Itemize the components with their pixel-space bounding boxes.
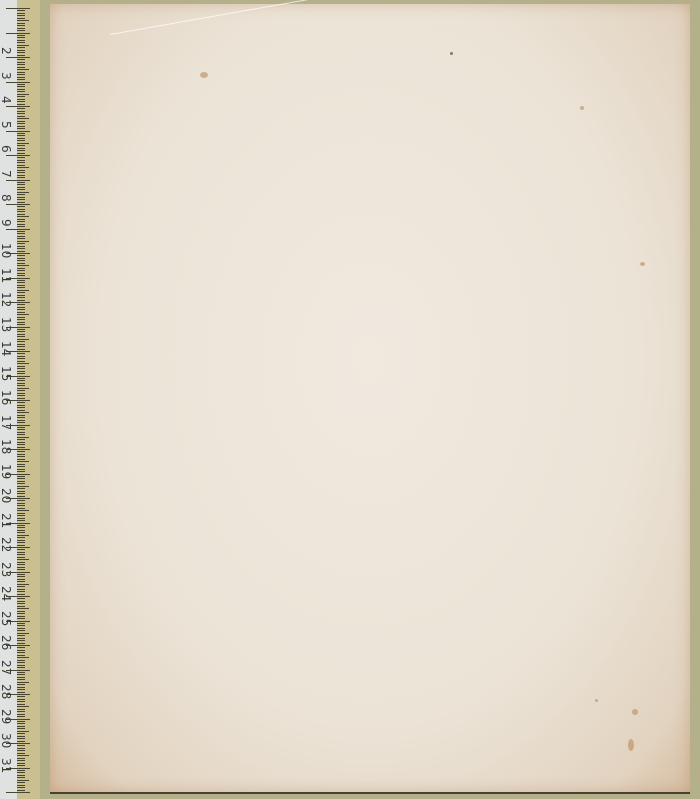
ruler-tick — [17, 613, 25, 614]
ruler-number: 16 — [0, 390, 13, 410]
ruler-tick — [17, 282, 25, 283]
ruler-tick — [17, 765, 25, 766]
ruler-number: 31 — [0, 758, 13, 778]
ruler-tick — [17, 662, 25, 663]
ruler-tick — [17, 334, 25, 335]
ruler-tick — [17, 574, 25, 575]
ruler-tick — [17, 270, 25, 271]
ruler-tick — [17, 69, 29, 70]
ruler-tick — [17, 491, 25, 492]
ruler-tick — [17, 422, 25, 423]
ruler-tick — [17, 258, 25, 259]
ruler-tick — [17, 133, 25, 134]
ruler-tick — [17, 395, 25, 396]
ruler-number: 18 — [0, 439, 13, 459]
ruler-tick — [17, 42, 25, 43]
ruler-tick — [17, 307, 25, 308]
ruler-tick — [17, 432, 25, 433]
ruler-number: 7 — [0, 170, 13, 190]
ruler-tick — [17, 689, 25, 690]
ruler-tick — [17, 128, 25, 129]
ruler-number: 10 — [0, 243, 13, 263]
ruler-number: 8 — [0, 194, 13, 214]
ruler-tick — [17, 554, 25, 555]
foxing-spot — [580, 106, 584, 110]
ruler-tick — [17, 113, 25, 114]
ruler-tick — [17, 390, 25, 391]
ruler-tick — [17, 37, 25, 38]
ruler-tick — [17, 581, 25, 582]
ruler-tick — [17, 628, 25, 629]
ruler-tick — [17, 380, 25, 381]
ruler-tick — [17, 427, 25, 428]
ruler-number: 25 — [0, 611, 13, 631]
ruler-tick — [17, 723, 25, 724]
ruler-tick — [17, 20, 29, 21]
ruler-tick — [17, 777, 25, 778]
ruler-tick — [17, 206, 25, 207]
ruler-tick — [17, 197, 25, 198]
ruler-tick — [17, 496, 25, 497]
ruler-tick — [17, 236, 25, 237]
ruler-tick — [17, 459, 25, 460]
ruler-tick — [17, 388, 29, 389]
ruler-tick — [17, 167, 29, 168]
ruler-tick — [17, 417, 25, 418]
ruler-tick — [17, 287, 25, 288]
ruler-tick — [17, 454, 25, 455]
ruler-tick — [17, 52, 25, 53]
ruler-tick — [17, 606, 25, 607]
ruler-tick — [17, 172, 25, 173]
ruler-tick — [17, 383, 25, 384]
ruler-tick — [17, 373, 25, 374]
ruler-tick — [17, 476, 25, 477]
ruler-tick — [17, 162, 25, 163]
ruler-tick — [17, 91, 25, 92]
ruler-tick — [17, 346, 25, 347]
ruler-tick — [17, 601, 25, 602]
ruler-tick — [17, 780, 29, 781]
ruler-tick — [17, 586, 25, 587]
ruler-tick — [17, 317, 25, 318]
ruler-tick — [17, 745, 25, 746]
ruler-tick — [17, 510, 29, 511]
ruler-number: 2 — [0, 47, 13, 67]
ruler-tick — [17, 189, 25, 190]
ruler-tick — [17, 268, 25, 269]
ruler-tick — [17, 341, 25, 342]
ruler-tick — [17, 741, 25, 742]
ruler-tick — [17, 358, 25, 359]
ruler-number: 27 — [0, 660, 13, 680]
ruler-tick — [17, 344, 25, 345]
ruler-tick — [17, 447, 25, 448]
ruler-number: 14 — [0, 341, 13, 361]
ruler-tick — [17, 64, 25, 65]
ruler-tick — [17, 165, 25, 166]
ruler-tick — [17, 481, 25, 482]
foxing-spot — [450, 52, 453, 55]
ruler-tick — [17, 111, 25, 112]
ruler-number: 3 — [0, 72, 13, 92]
ruler-tick — [17, 221, 25, 222]
ruler-tick — [17, 94, 29, 95]
ruler-tick — [6, 8, 30, 9]
ruler-tick — [17, 623, 25, 624]
ruler-tick — [17, 750, 25, 751]
ruler-tick — [17, 706, 29, 707]
ruler-tick — [17, 760, 25, 761]
ruler-tick — [17, 711, 25, 712]
ruler-tick — [17, 62, 25, 63]
ruler-tick — [17, 74, 25, 75]
ruler-tick — [17, 684, 25, 685]
ruler-tick — [17, 231, 25, 232]
ruler-tick — [17, 275, 25, 276]
ruler-tick — [17, 567, 25, 568]
ruler-number: 22 — [0, 537, 13, 557]
ruler-tick — [17, 469, 25, 470]
ruler-tick — [17, 324, 25, 325]
ruler-tick — [17, 77, 25, 78]
ruler-tick — [17, 731, 29, 732]
ruler-tick — [17, 170, 25, 171]
ruler-tick — [17, 721, 25, 722]
ruler-tick — [17, 638, 25, 639]
ruler-tick — [17, 410, 25, 411]
ruler-tick — [17, 753, 25, 754]
paper-page — [50, 4, 690, 794]
ruler-tick — [17, 466, 25, 467]
ruler-tick — [17, 226, 25, 227]
ruler-number: 12 — [0, 292, 13, 312]
ruler-tick — [17, 520, 25, 521]
ruler-tick — [17, 292, 25, 293]
ruler-tick — [17, 537, 25, 538]
ruler-tick — [17, 478, 25, 479]
ruler-tick — [17, 461, 29, 462]
ruler-number: 21 — [0, 513, 13, 533]
ruler-tick — [17, 699, 25, 700]
ruler-tick — [17, 28, 25, 29]
ruler-tick — [17, 243, 25, 244]
ruler-tick — [17, 569, 25, 570]
ruler-tick — [17, 665, 25, 666]
ruler-tick — [17, 434, 25, 435]
ruler-tick — [17, 248, 25, 249]
ruler-tick — [17, 280, 25, 281]
ruler-tick — [17, 518, 25, 519]
ruler-tick — [17, 160, 25, 161]
ruler-tick — [17, 123, 25, 124]
ruler-number: 29 — [0, 709, 13, 729]
ruler-tick — [17, 184, 25, 185]
ruler-tick — [17, 672, 25, 673]
ruler-tick — [17, 692, 25, 693]
ruler-tick — [17, 402, 25, 403]
ruler-tick — [17, 138, 25, 139]
ruler-tick — [17, 55, 25, 56]
ruler-tick — [17, 192, 29, 193]
ruler-tick — [17, 758, 25, 759]
ruler-tick — [17, 513, 25, 514]
ruler-tick — [17, 263, 25, 264]
ruler-number: 26 — [0, 635, 13, 655]
ruler-tick — [17, 312, 25, 313]
ruler-tick — [17, 493, 25, 494]
ruler-tick — [17, 398, 25, 399]
ruler-tick — [17, 126, 25, 127]
ruler-tick — [17, 260, 25, 261]
ruler-number: 9 — [0, 219, 13, 239]
ruler-tick — [17, 265, 29, 266]
ruler-tick — [17, 515, 25, 516]
ruler-tick — [17, 18, 25, 19]
ruler-tick — [17, 209, 25, 210]
ruler-tick — [17, 251, 25, 252]
foxing-spot — [632, 709, 638, 715]
ruler-tick — [17, 579, 25, 580]
ruler-tick — [17, 233, 25, 234]
ruler-tick — [6, 792, 30, 793]
ruler-tick — [17, 412, 29, 413]
ruler-tick — [17, 716, 25, 717]
ruler-tick — [17, 591, 25, 592]
foxing-spot — [640, 262, 645, 266]
ruler-number: 24 — [0, 586, 13, 606]
measuring-ruler: cm 2345678910111213141516171819202122232… — [0, 0, 40, 799]
ruler-number: 30 — [0, 733, 13, 753]
ruler-tick — [17, 143, 29, 144]
ruler-tick — [17, 748, 25, 749]
ruler-tick — [17, 15, 25, 16]
ruler-tick — [17, 13, 25, 14]
ruler-tick — [17, 224, 25, 225]
ruler-tick — [17, 442, 25, 443]
ruler-tick — [17, 84, 25, 85]
ruler-tick — [17, 552, 25, 553]
ruler-tick — [17, 736, 25, 737]
ruler-tick — [17, 616, 25, 617]
ruler-tick — [17, 148, 25, 149]
ruler-tick — [17, 202, 25, 203]
ruler-number: 19 — [0, 464, 13, 484]
ruler-tick — [17, 153, 25, 154]
ruler-tick — [17, 650, 25, 651]
ruler-tick — [17, 701, 25, 702]
ruler-tick — [17, 10, 25, 11]
ruler-tick — [17, 456, 25, 457]
ruler-tick — [17, 770, 25, 771]
ruler-tick — [17, 363, 29, 364]
ruler-tick — [17, 500, 25, 501]
ruler-tick — [17, 660, 25, 661]
ruler-tick — [17, 728, 25, 729]
ruler-tick — [17, 785, 25, 786]
ruler-tick — [17, 655, 25, 656]
ruler-tick — [17, 667, 25, 668]
ruler-tick — [17, 532, 25, 533]
ruler-tick — [17, 309, 25, 310]
ruler-number: 11 — [0, 268, 13, 288]
ruler-number: 5 — [0, 121, 13, 141]
ruler-tick — [17, 674, 25, 675]
ruler-tick — [17, 782, 25, 783]
ruler-tick — [17, 420, 25, 421]
ruler-tick — [17, 564, 25, 565]
ruler-tick — [17, 790, 25, 791]
ruler-tick — [17, 451, 25, 452]
ruler-tick — [17, 86, 25, 87]
ruler-tick — [17, 385, 25, 386]
ruler-tick — [17, 772, 25, 773]
ruler-tick — [17, 40, 25, 41]
ruler-tick — [17, 704, 25, 705]
ruler-tick — [17, 657, 29, 658]
ruler-tick — [17, 535, 29, 536]
ruler-tick — [17, 540, 25, 541]
ruler-tick — [17, 726, 25, 727]
ruler-tick — [17, 503, 25, 504]
ruler-tick — [17, 378, 25, 379]
ruler-tick — [17, 199, 25, 200]
ruler-tick — [17, 755, 29, 756]
ruler-tick — [17, 194, 25, 195]
ruler-tick — [6, 33, 30, 34]
ruler-tick — [17, 471, 25, 472]
ruler-tick — [17, 50, 25, 51]
ruler-number: 20 — [0, 488, 13, 508]
ruler-tick — [17, 527, 25, 528]
ruler-tick — [17, 368, 25, 369]
ruler-tick — [17, 108, 25, 109]
ruler-tick — [17, 608, 29, 609]
ruler-tick — [17, 329, 25, 330]
ruler-tick — [17, 216, 29, 217]
ruler-tick — [17, 339, 29, 340]
ruler-tick — [17, 135, 25, 136]
ruler-tick — [17, 603, 25, 604]
ruler-tick — [17, 295, 25, 296]
ruler-tick — [17, 116, 25, 117]
ruler-tick — [17, 486, 29, 487]
ruler-tick — [17, 101, 25, 102]
ruler-number: 17 — [0, 415, 13, 435]
ruler-tick — [17, 300, 25, 301]
ruler-tick — [17, 618, 25, 619]
ruler-tick — [17, 361, 25, 362]
ruler-tick — [17, 696, 25, 697]
ruler-tick — [17, 118, 29, 119]
ruler-tick — [17, 349, 25, 350]
ruler-tick — [17, 96, 25, 97]
ruler-tick — [17, 255, 25, 256]
ruler-tick — [17, 25, 25, 26]
ruler-tick — [17, 611, 25, 612]
ruler-tick — [17, 35, 25, 36]
ruler-tick — [17, 679, 25, 680]
ruler-tick — [17, 79, 25, 80]
ruler-tick — [17, 290, 29, 291]
ruler-tick — [17, 464, 25, 465]
ruler-tick — [17, 630, 25, 631]
ruler-tick — [17, 508, 25, 509]
ruler-tick — [17, 322, 25, 323]
ruler-tick — [17, 415, 25, 416]
ruler-tick — [17, 407, 25, 408]
ruler-tick — [17, 444, 25, 445]
ruler-tick — [17, 331, 25, 332]
ruler-tick — [17, 366, 25, 367]
ruler-tick — [17, 682, 29, 683]
ruler-number: 28 — [0, 684, 13, 704]
ruler-tick — [17, 59, 25, 60]
ruler-tick — [17, 437, 29, 438]
ruler-tick — [17, 319, 25, 320]
ruler-tick — [17, 67, 25, 68]
ruler-tick — [17, 246, 25, 247]
ruler-tick — [17, 549, 25, 550]
ruler-tick — [17, 121, 25, 122]
ruler-tick — [17, 643, 25, 644]
ruler-tick — [17, 483, 25, 484]
ruler-number: 4 — [0, 96, 13, 116]
ruler-tick — [17, 304, 25, 305]
ruler-tick — [17, 72, 25, 73]
ruler-tick — [17, 353, 25, 354]
ruler-tick — [17, 677, 25, 678]
ruler-tick — [17, 23, 25, 24]
ruler-tick — [17, 589, 25, 590]
ruler-tick — [17, 145, 25, 146]
ruler-tick — [17, 393, 25, 394]
ruler-tick — [17, 640, 25, 641]
ruler-tick — [17, 598, 25, 599]
ruler-tick — [17, 763, 25, 764]
ruler-tick — [17, 104, 25, 105]
ruler-tick — [17, 576, 25, 577]
foxing-spot — [200, 72, 208, 78]
ruler-tick — [17, 542, 25, 543]
ruler-tick — [17, 584, 29, 585]
ruler-tick — [17, 45, 29, 46]
ruler-tick — [17, 356, 25, 357]
foxing-spot — [595, 699, 598, 702]
ruler-tick — [17, 733, 25, 734]
ruler-tick — [17, 150, 25, 151]
ruler-tick — [17, 505, 25, 506]
ruler-tick — [17, 314, 29, 315]
ruler-tick — [17, 47, 25, 48]
ruler-tick — [17, 177, 25, 178]
ruler-number: 6 — [0, 145, 13, 165]
ruler-tick — [17, 687, 25, 688]
ruler-tick — [17, 429, 25, 430]
ruler-tick — [17, 273, 25, 274]
ruler-tick — [17, 99, 25, 100]
ruler-tick — [17, 488, 25, 489]
ruler-tick — [17, 219, 25, 220]
ruler-tick — [17, 562, 25, 563]
paper-crease — [110, 0, 524, 35]
ruler-tick — [17, 182, 25, 183]
ruler-tick — [17, 738, 25, 739]
ruler-tick — [17, 787, 25, 788]
ruler-tick — [17, 625, 25, 626]
ruler-tick — [17, 652, 25, 653]
ruler-tick — [17, 211, 25, 212]
